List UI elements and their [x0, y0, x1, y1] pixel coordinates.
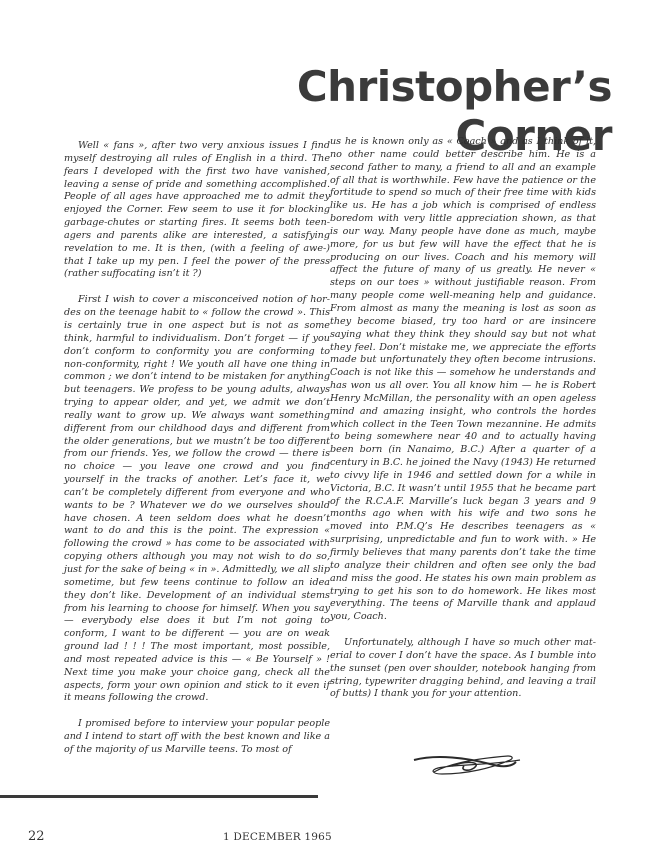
footer-rule	[0, 795, 318, 798]
page-number: 22	[28, 829, 45, 844]
right-column: us he is known only as « Coach » and as …	[330, 136, 596, 714]
paragraph-intro: Well « fans », after two very anxious is…	[64, 140, 330, 281]
paragraph-coach-profile: us he is known only as « Coach » and as …	[330, 136, 596, 624]
paragraph-closing: Unfortunately, although I have so much o…	[330, 637, 596, 701]
issue-date: 1 DECEMBER 1965	[223, 831, 332, 843]
paragraph-follow-the-crowd: First I wish to cover a misconceived not…	[64, 294, 330, 705]
paragraph-interview-intro: I promised before to interview your popu…	[64, 718, 330, 757]
left-column: Well « fans », after two very anxious is…	[64, 140, 330, 770]
flourish-ornament-icon	[412, 752, 522, 778]
